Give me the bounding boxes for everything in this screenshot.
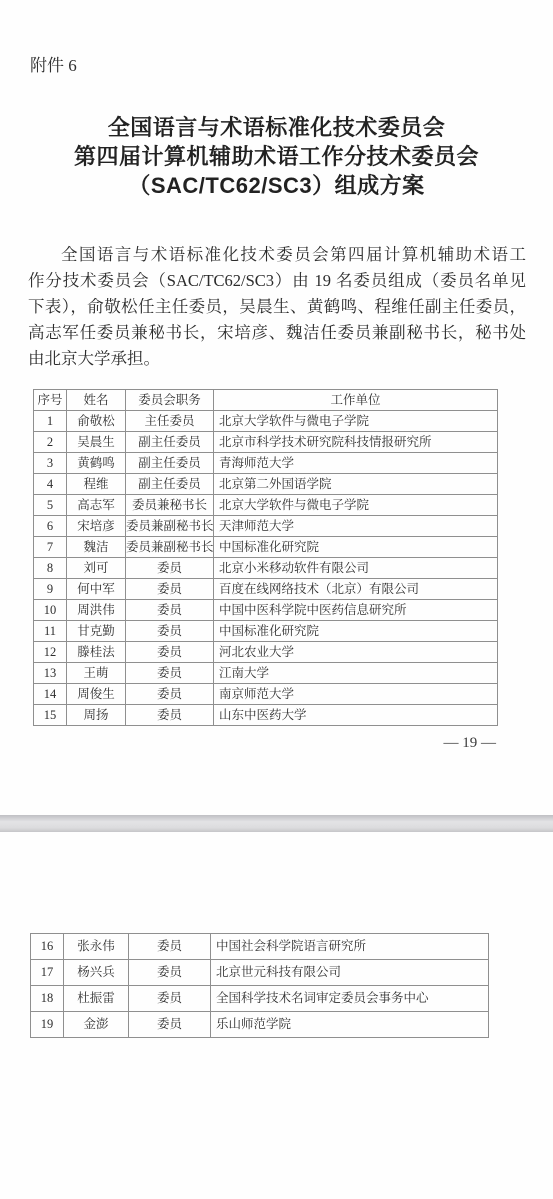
cell-unit: 乐山师范学院 — [211, 1012, 489, 1038]
table-row: 4程维副主任委员北京第二外国语学院 — [34, 474, 498, 495]
table-row: 5高志军委员兼秘书长北京大学软件与微电子学院 — [34, 495, 498, 516]
table-row: 7魏洁委员兼副秘书长中国标准化研究院 — [34, 537, 498, 558]
cell-role: 主任委员 — [126, 411, 214, 432]
cell-unit: 河北农业大学 — [214, 642, 498, 663]
document-title-line-1: 全国语言与术语标准化技术委员会 — [0, 113, 553, 142]
cell-unit: 中国标准化研究院 — [214, 537, 498, 558]
cell-no: 9 — [34, 579, 67, 600]
header-name: 姓名 — [67, 390, 126, 411]
cell-no: 10 — [34, 600, 67, 621]
table-row: 6宋培彦委员兼副秘书长天津师范大学 — [34, 516, 498, 537]
cell-name: 魏洁 — [67, 537, 126, 558]
cell-role: 委员 — [129, 934, 211, 960]
cell-unit: 山东中医药大学 — [214, 705, 498, 726]
cell-role: 委员 — [126, 705, 214, 726]
cell-no: 8 — [34, 558, 67, 579]
cell-role: 委员 — [126, 600, 214, 621]
cell-no: 1 — [34, 411, 67, 432]
cell-unit: 北京世元科技有限公司 — [211, 960, 489, 986]
cell-role: 委员 — [126, 621, 214, 642]
cell-name: 杨兴兵 — [64, 960, 129, 986]
cell-no: 16 — [31, 934, 64, 960]
table-row: 19金澎委员乐山师范学院 — [31, 1012, 489, 1038]
cell-role: 委员 — [129, 1012, 211, 1038]
table-row: 13王萌委员江南大学 — [34, 663, 498, 684]
cell-name: 何中军 — [67, 579, 126, 600]
cell-no: 5 — [34, 495, 67, 516]
table-row: 17杨兴兵委员北京世元科技有限公司 — [31, 960, 489, 986]
cell-unit: 北京小米移动软件有限公司 — [214, 558, 498, 579]
header-role: 委员会职务 — [126, 390, 214, 411]
table-row: 16张永伟委员中国社会科学院语言研究所 — [31, 934, 489, 960]
cell-no: 14 — [34, 684, 67, 705]
cell-unit: 江南大学 — [214, 663, 498, 684]
table-row: 11甘克勤委员中国标准化研究院 — [34, 621, 498, 642]
document-viewer[interactable]: 附件 6 全国语言与术语标准化技术委员会 第四届计算机辅助术语工作分技术委员会 … — [0, 0, 553, 1199]
document-page-1: 附件 6 全国语言与术语标准化技术委员会 第四届计算机辅助术语工作分技术委员会 … — [0, 0, 553, 815]
cell-unit: 中国社会科学院语言研究所 — [211, 934, 489, 960]
cell-name: 周扬 — [67, 705, 126, 726]
cell-unit: 百度在线网络技术（北京）有限公司 — [214, 579, 498, 600]
document-title-line-3: （SAC/TC62/SC3）组成方案 — [0, 171, 553, 200]
cell-role: 委员 — [129, 960, 211, 986]
cell-no: 18 — [31, 986, 64, 1012]
cell-name: 程维 — [67, 474, 126, 495]
cell-no: 3 — [34, 453, 67, 474]
cell-role: 委员 — [126, 579, 214, 600]
paragraph-line: 下表），俞敬松任主任委员，吴晨生、黄鹤鸣、程维任副主任委员， — [28, 294, 526, 320]
cell-no: 7 — [34, 537, 67, 558]
page-number: — 19 — — [0, 735, 496, 752]
committee-table-page1: 序号 姓名 委员会职务 工作单位 1俞敬松主任委员北京大学软件与微电子学院2吴晨… — [33, 389, 498, 726]
cell-role: 委员兼副秘书长 — [126, 516, 214, 537]
cell-role: 委员 — [126, 684, 214, 705]
table-row: 14周俊生委员南京师范大学 — [34, 684, 498, 705]
cell-role: 委员 — [126, 642, 214, 663]
cell-role: 委员兼秘书长 — [126, 495, 214, 516]
table-row: 8刘可委员北京小米移动软件有限公司 — [34, 558, 498, 579]
cell-role: 委员兼副秘书长 — [126, 537, 214, 558]
cell-role: 副主任委员 — [126, 453, 214, 474]
cell-no: 13 — [34, 663, 67, 684]
cell-name: 黄鹤鸣 — [67, 453, 126, 474]
header-unit: 工作单位 — [214, 390, 498, 411]
cell-unit: 北京第二外国语学院 — [214, 474, 498, 495]
table-row: 1俞敬松主任委员北京大学软件与微电子学院 — [34, 411, 498, 432]
cell-name: 张永伟 — [64, 934, 129, 960]
cell-unit: 全国科学技术名词审定委员会事务中心 — [211, 986, 489, 1012]
table-row: 15周扬委员山东中医药大学 — [34, 705, 498, 726]
header-no: 序号 — [34, 390, 67, 411]
cell-name: 王萌 — [67, 663, 126, 684]
paragraph-line: 由北京大学承担。 — [28, 346, 526, 372]
paragraph-line: 作分技术委员会（SAC/TC62/SC3）由 19 名委员组成（委员名单见 — [28, 268, 526, 294]
cell-no: 4 — [34, 474, 67, 495]
table-row: 10周洪伟委员中国中医科学院中医药信息研究所 — [34, 600, 498, 621]
cell-no: 11 — [34, 621, 67, 642]
table-row: 9何中军委员百度在线网络技术（北京）有限公司 — [34, 579, 498, 600]
cell-role: 副主任委员 — [126, 432, 214, 453]
table-row: 3黄鹤鸣副主任委员青海师范大学 — [34, 453, 498, 474]
cell-name: 周俊生 — [67, 684, 126, 705]
paragraph-line: 高志军任委员兼秘书长，宋培彦、魏洁任委员兼副秘书长，秘书处 — [28, 320, 526, 346]
intro-paragraph: 全国语言与术语标准化技术委员会第四届计算机辅助术语工 作分技术委员会（SAC/T… — [28, 242, 526, 372]
cell-unit: 南京师范大学 — [214, 684, 498, 705]
committee-table-page2: 16张永伟委员中国社会科学院语言研究所17杨兴兵委员北京世元科技有限公司18杜振… — [30, 933, 489, 1038]
cell-name: 宋培彦 — [67, 516, 126, 537]
cell-no: 6 — [34, 516, 67, 537]
cell-unit: 北京市科学技术研究院科技情报研究所 — [214, 432, 498, 453]
document-page-2: 16张永伟委员中国社会科学院语言研究所17杨兴兵委员北京世元科技有限公司18杜振… — [0, 832, 553, 1199]
document-title: 全国语言与术语标准化技术委员会 第四届计算机辅助术语工作分技术委员会 （SAC/… — [0, 113, 553, 200]
cell-unit: 北京大学软件与微电子学院 — [214, 411, 498, 432]
cell-name: 金澎 — [64, 1012, 129, 1038]
cell-name: 滕桂法 — [67, 642, 126, 663]
cell-name: 刘可 — [67, 558, 126, 579]
paragraph-line: 全国语言与术语标准化技术委员会第四届计算机辅助术语工 — [28, 242, 526, 268]
cell-unit: 中国中医科学院中医药信息研究所 — [214, 600, 498, 621]
cell-role: 委员 — [126, 663, 214, 684]
cell-name: 高志军 — [67, 495, 126, 516]
table-row: 12滕桂法委员河北农业大学 — [34, 642, 498, 663]
cell-name: 俞敬松 — [67, 411, 126, 432]
cell-no: 17 — [31, 960, 64, 986]
page-break-divider — [0, 815, 553, 832]
cell-name: 甘克勤 — [67, 621, 126, 642]
attachment-label: 附件 6 — [0, 0, 553, 77]
table-header-row: 序号 姓名 委员会职务 工作单位 — [34, 390, 498, 411]
cell-name: 吴晨生 — [67, 432, 126, 453]
cell-unit: 北京大学软件与微电子学院 — [214, 495, 498, 516]
cell-no: 2 — [34, 432, 67, 453]
cell-no: 19 — [31, 1012, 64, 1038]
cell-name: 周洪伟 — [67, 600, 126, 621]
table-row: 18杜振雷委员全国科学技术名词审定委员会事务中心 — [31, 986, 489, 1012]
document-title-line-2: 第四届计算机辅助术语工作分技术委员会 — [0, 142, 553, 171]
cell-name: 杜振雷 — [64, 986, 129, 1012]
table-row: 2吴晨生副主任委员北京市科学技术研究院科技情报研究所 — [34, 432, 498, 453]
cell-unit: 青海师范大学 — [214, 453, 498, 474]
cell-no: 15 — [34, 705, 67, 726]
cell-no: 12 — [34, 642, 67, 663]
cell-unit: 中国标准化研究院 — [214, 621, 498, 642]
cell-role: 委员 — [126, 558, 214, 579]
cell-role: 委员 — [129, 986, 211, 1012]
cell-unit: 天津师范大学 — [214, 516, 498, 537]
cell-role: 副主任委员 — [126, 474, 214, 495]
